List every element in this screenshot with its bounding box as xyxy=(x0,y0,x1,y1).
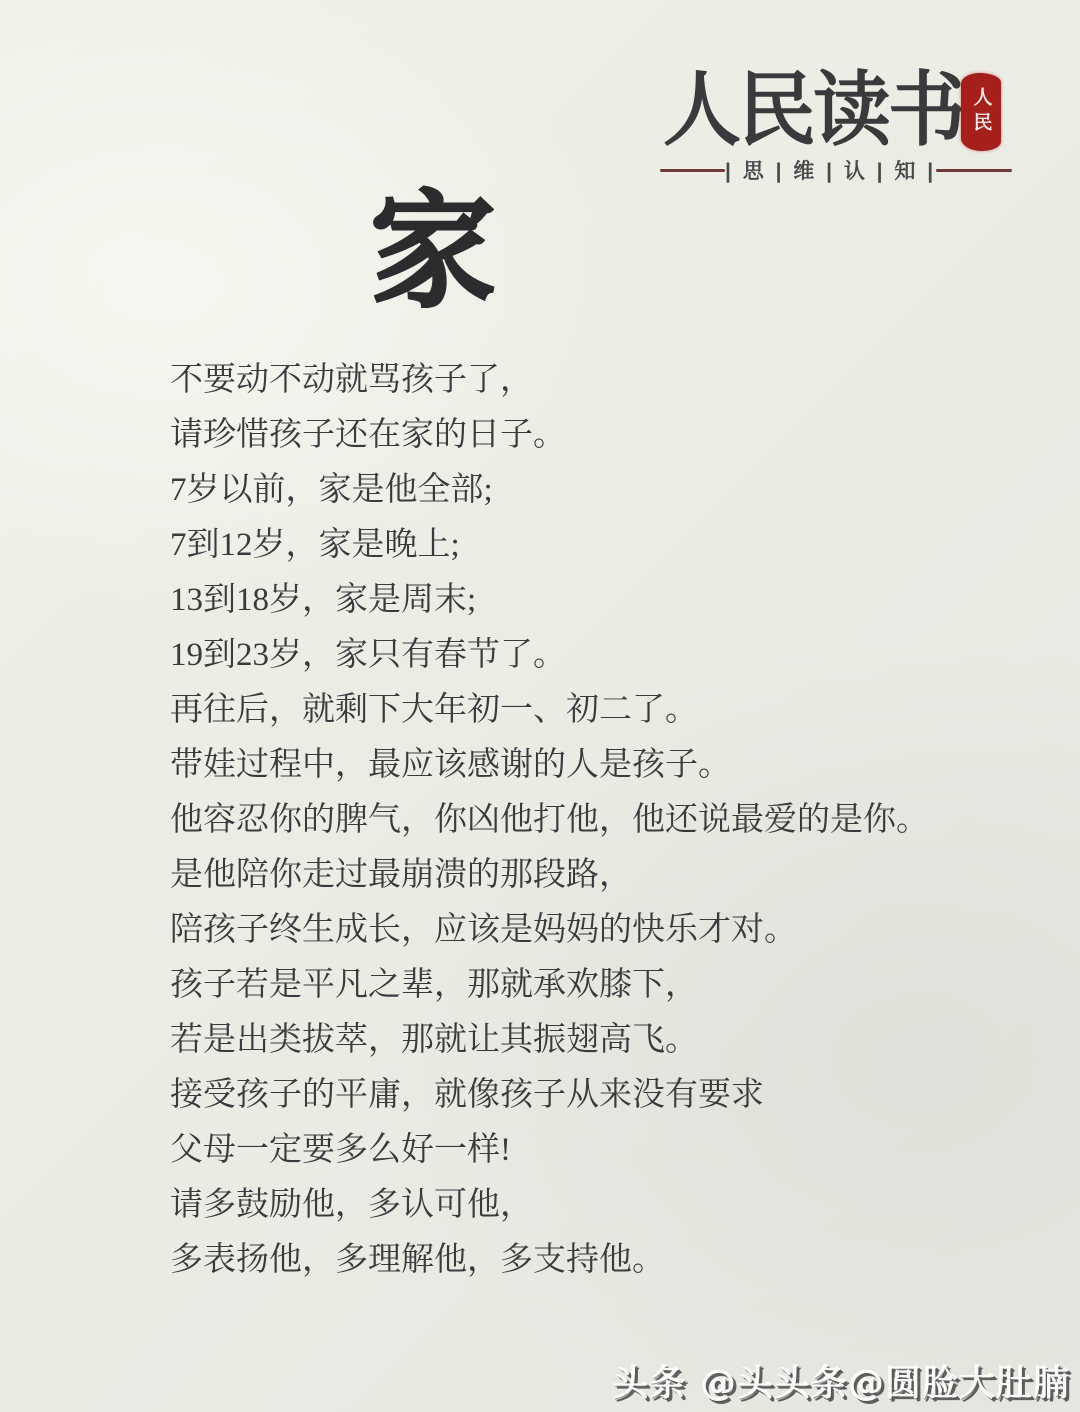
text-line: 带娃过程中，最应该感谢的人是孩子。 xyxy=(170,738,1050,793)
brand-seal-label: 人民 xyxy=(968,87,995,137)
body-text: 不要动不动就骂孩子了， 请珍惜孩子还在家的日子。 7岁以前，家是他全部; 7到1… xyxy=(170,353,1050,1288)
brand-logo: 人民读书 xyxy=(663,64,963,158)
reading-poster: 人民读书 人民 | 思 | 维 | 认 | 知 | 家 不要动不动就骂孩子了， … xyxy=(0,0,1080,1412)
divider-line-right xyxy=(936,169,1012,172)
text-line: 父母一定要多么好一样! xyxy=(170,1123,1050,1178)
text-line: 19到23岁，家只有春节了。 xyxy=(170,628,1050,683)
text-line: 不要动不动就骂孩子了， xyxy=(170,353,1050,408)
brand-subtitle: | 思 | 维 | 认 | 知 | xyxy=(725,155,936,185)
page-title: 家 xyxy=(323,182,543,322)
text-line: 孩子若是平凡之辈，那就承欢膝下， xyxy=(170,958,1050,1013)
brand-subtitle-row: | 思 | 维 | 认 | 知 | xyxy=(660,157,1012,183)
text-line: 陪孩子终生成长，应该是妈妈的快乐才对。 xyxy=(170,903,1050,958)
text-line: 请珍惜孩子还在家的日子。 xyxy=(170,408,1050,463)
text-line: 7岁以前，家是他全部; xyxy=(170,463,1050,518)
text-line: 请多鼓励他，多认可他， xyxy=(170,1178,1050,1233)
text-line: 7到12岁，家是晚上; xyxy=(170,518,1050,573)
divider-line-left xyxy=(660,169,725,172)
text-line: 再往后，就剩下大年初一、初二了。 xyxy=(170,683,1050,738)
text-line: 是他陪你走过最崩溃的那段路， xyxy=(170,848,1050,903)
watermark: 头条 @头头条@圆脸大肚腩 xyxy=(612,1355,1070,1406)
text-line: 他容忍你的脾气，你凶他打他，他还说最爱的是你。 xyxy=(170,793,1050,848)
brand-seal-stamp-icon: 人民 xyxy=(961,73,1001,151)
text-line: 13到18岁，家是周末; xyxy=(170,573,1050,628)
text-line: 多表扬他，多理解他，多支持他。 xyxy=(170,1233,1050,1288)
text-line: 若是出类拔萃，那就让其振翅高飞。 xyxy=(170,1013,1050,1068)
text-line: 接受孩子的平庸，就像孩子从来没有要求 xyxy=(170,1068,1050,1123)
